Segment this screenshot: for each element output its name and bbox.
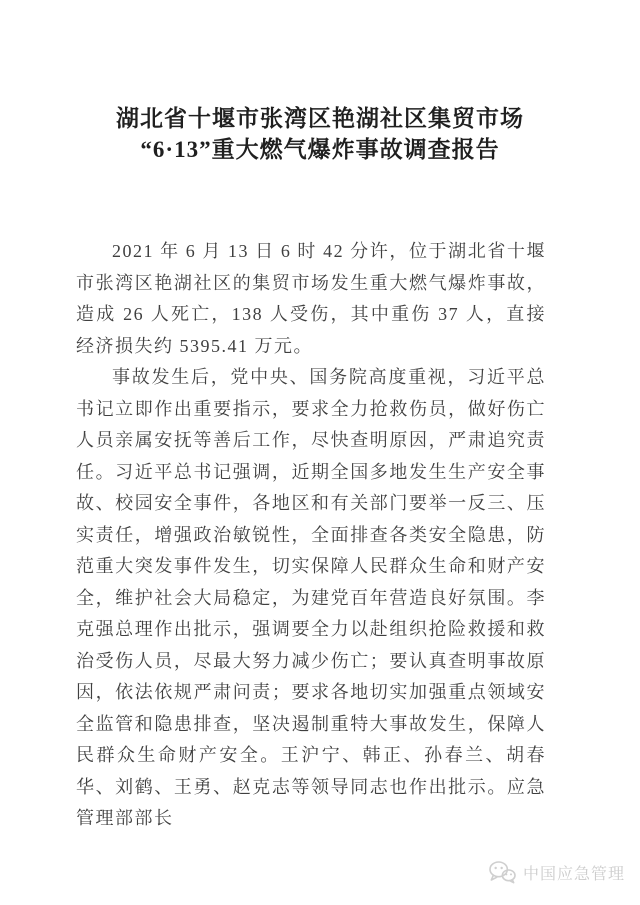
paragraph-leadership-response: 事故发生后，党中央、国务院高度重视，习近平总书记立即作出重要指示，要求全力抢救伤… — [76, 362, 546, 835]
report-body: 2021 年 6 月 13 日 6 时 42 分许，位于湖北省十堰市张湾区艳湖社… — [76, 236, 546, 835]
paragraph-incident-summary: 2021 年 6 月 13 日 6 时 42 分许，位于湖北省十堰市张湾区艳湖社… — [76, 236, 546, 362]
report-title: 湖北省十堰市张湾区艳湖社区集贸市场 “6·13”重大燃气爆炸事故调查报告 — [0, 103, 640, 165]
wechat-icon — [488, 860, 516, 884]
document-page: 湖北省十堰市张湾区艳湖社区集贸市场 “6·13”重大燃气爆炸事故调查报告 202… — [0, 0, 640, 905]
report-title-line1: 湖北省十堰市张湾区艳湖社区集贸市场 — [0, 103, 640, 134]
watermark: 中国应急管理 — [488, 860, 625, 884]
watermark-text: 中国应急管理 — [523, 861, 625, 884]
report-title-line2: “6·13”重大燃气爆炸事故调查报告 — [0, 134, 640, 165]
